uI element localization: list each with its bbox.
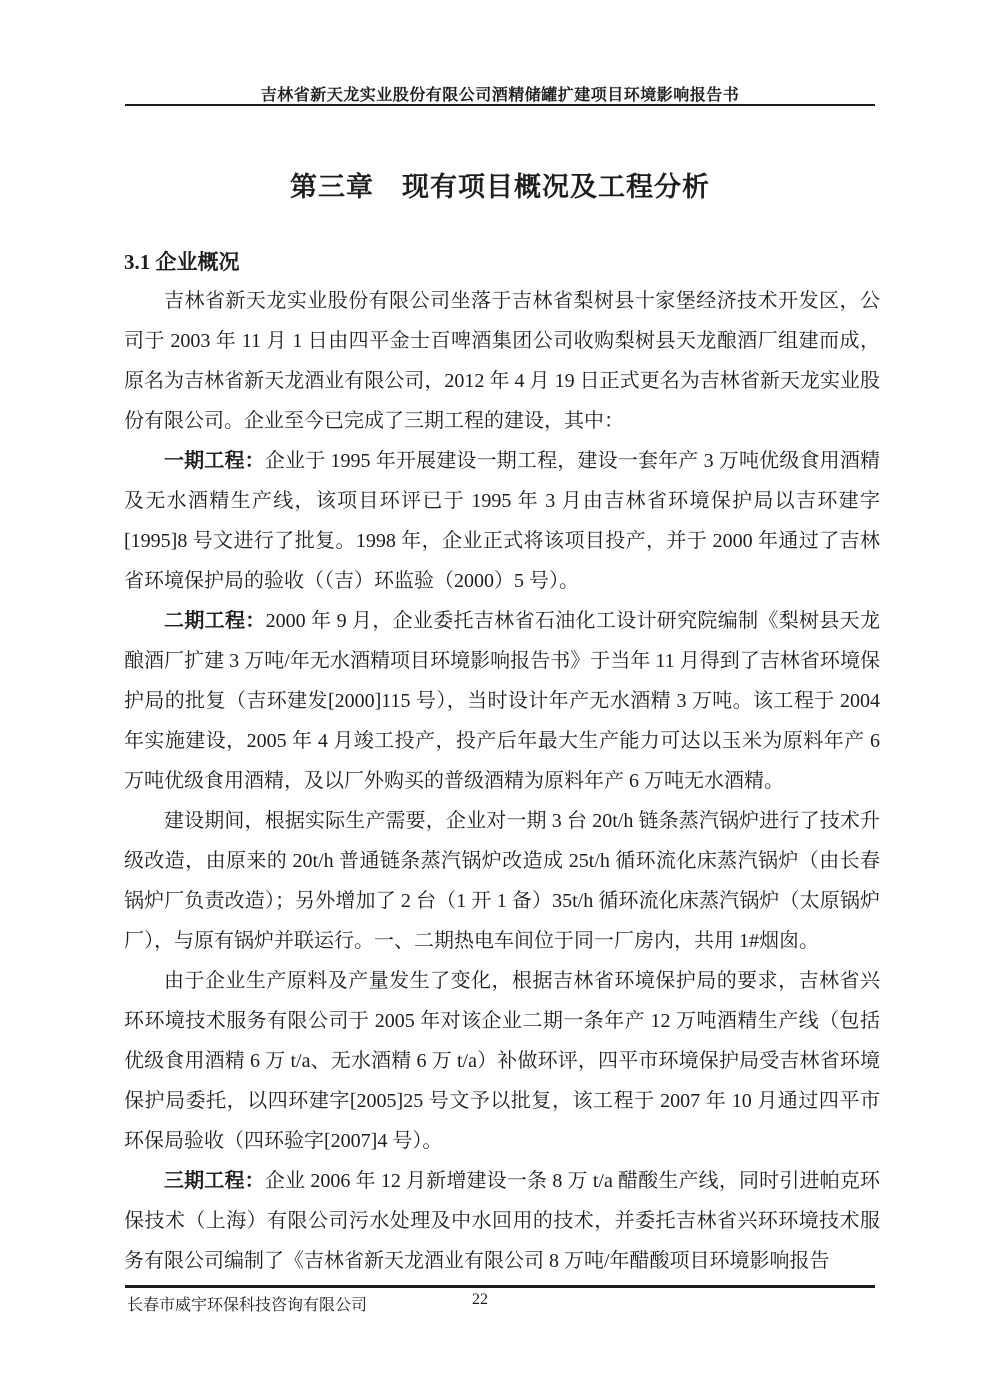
- paragraph: 由于企业生产原料及产量发生了变化，根据吉林省环境保护局的要求，吉林省兴环环境技术…: [124, 961, 880, 1161]
- paragraph: 二期工程：2000 年 9 月，企业委托吉林省石油化工设计研究院编制《梨树县天龙…: [124, 601, 880, 801]
- paragraph-text: 2000 年 9 月，企业委托吉林省石油化工设计研究院编制《梨树县天龙酿酒厂扩建…: [124, 610, 880, 792]
- paragraph: 三期工程：企业 2006 年 12 月新增建设一条 8 万 t/a 醋酸生产线，…: [124, 1161, 880, 1281]
- paragraph: 建设期间，根据实际生产需要，企业对一期 3 台 20t/h 链条蒸汽锅炉进行了技…: [124, 801, 880, 961]
- paragraph-lead: 三期工程：: [164, 1170, 265, 1192]
- footer-rule: [125, 1285, 875, 1288]
- page-number: 22: [0, 1291, 960, 1309]
- paragraph-text: 吉林省新天龙实业股份有限公司坐落于吉林省梨树县十家堡经济技术开发区，公司于 20…: [124, 290, 880, 432]
- document-body: 吉林省新天龙实业股份有限公司坐落于吉林省梨树县十家堡经济技术开发区，公司于 20…: [124, 281, 880, 1281]
- paragraph-lead: 一期工程：: [164, 450, 265, 472]
- chapter-title: 第三章 现有项目概况及工程分析: [0, 165, 1000, 204]
- paragraph: 一期工程：企业于 1995 年开展建设一期工程，建设一套年产 3 万吨优级食用酒…: [124, 441, 880, 601]
- paragraph-lead: 二期工程：: [164, 610, 266, 632]
- paragraph: 吉林省新天龙实业股份有限公司坐落于吉林省梨树县十家堡经济技术开发区，公司于 20…: [124, 281, 880, 441]
- paragraph-text: 建设期间，根据实际生产需要，企业对一期 3 台 20t/h 链条蒸汽锅炉进行了技…: [124, 810, 880, 952]
- section-heading: 3.1 企业概况: [124, 246, 240, 276]
- document-page: 吉林省新天龙实业股份有限公司酒精储罐扩建项目环境影响报告书 第三章 现有项目概况…: [0, 0, 1000, 1400]
- header-rule: [125, 104, 875, 106]
- paragraph-text: 由于企业生产原料及产量发生了变化，根据吉林省环境保护局的要求，吉林省兴环环境技术…: [124, 970, 880, 1152]
- header-running-title: 吉林省新天龙实业股份有限公司酒精储罐扩建项目环境影响报告书: [0, 82, 1000, 105]
